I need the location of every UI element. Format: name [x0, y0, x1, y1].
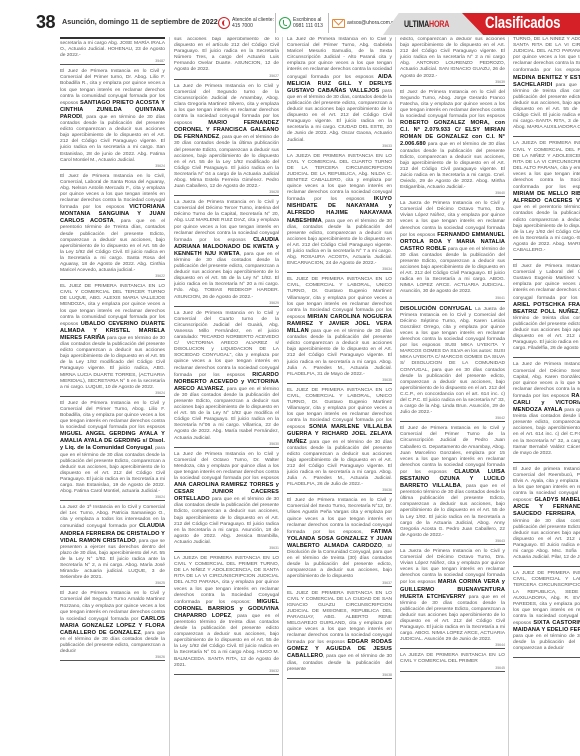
notice-code: 35627 [174, 74, 279, 80]
legal-notice: edicto, comparezcan a deducir sus accion… [400, 37, 505, 90]
notice-body: secretaría a mi cargo Abg. JOSE MARÍA IR… [60, 41, 165, 58]
notice-parties: MIGUEL ANGEL GERDING AYALA Y AMALIA AYAL… [60, 431, 165, 451]
legal-notice: La Juez de Primera Instancia en lo Civil… [287, 37, 392, 154]
contact-whatsapp-value: 0981 111 013 [293, 23, 323, 29]
notice-code: 35641 [400, 296, 505, 302]
notice-body-end: para que en el perentorio término de tre… [513, 83, 580, 131]
notice-body-end: para que en el término de 30 días contad… [287, 440, 392, 488]
column-2: sus acciones bajo apercibimiento de lo d… [174, 37, 279, 756]
notice-body-end: , para que en el perentorio término de t… [174, 614, 279, 668]
notice-code: 35633 [287, 144, 392, 150]
legal-notice: La Juez de Primera Instancia en lo Civil… [174, 84, 279, 201]
notice-body-end: , S/ Disolución de la Comunidad Conyugal… [287, 544, 392, 579]
notice-code: 35628 [174, 190, 279, 196]
notice-body-end: , para que en el término de 30 días cont… [174, 135, 279, 189]
legal-notice: La Juez de Primera Instancia en lo Civil… [513, 362, 580, 466]
notice-code: 35646 [513, 131, 580, 137]
phone-icon [218, 17, 230, 29]
notice-code: 35644 [400, 643, 505, 649]
legal-notice: LA JUEZA DE PRIMERA INSTANCIA EN LO CIVI… [400, 653, 505, 675]
notice-body-end: , para que en el perentorio término de 3… [400, 484, 505, 538]
section-title: Clasificados [485, 13, 560, 33]
notice-body-end: , para que en el término de 30 días cont… [60, 446, 165, 494]
notice-body: LA JUEZ DE PRIMERA INSTANCIA EN LO CIVIL… [513, 571, 580, 626]
legal-notice: EL JUEZ DE PRIMERA INSTANCIA EN LO CIVIL… [60, 284, 165, 401]
notice-body-end: , para que en el término de 30 días cont… [513, 512, 580, 560]
contact-phone[interactable]: Atención al cliente: 415 7000 [218, 13, 274, 33]
notice-code: 35634 [287, 267, 392, 273]
legal-notice: El Juez de Primera Instancia en lo Civil… [400, 90, 505, 202]
legal-notice: LA JUEZA DE PRIMERA INSTANCIA EN LO CIVI… [174, 556, 279, 679]
notice-code: 35651 [513, 652, 580, 658]
legal-notice: EL JUEZ DE PRIMERA INSTANCIA EN LO CIVIL… [287, 277, 392, 388]
legal-notice: El Juez de Primera Instancia en lo Civil… [60, 401, 165, 505]
notice-code: 35649 [513, 457, 580, 463]
notice-code: 35624 [60, 495, 165, 501]
page-header: 38 Asunción, domingo 11 de septiembre de… [0, 0, 580, 34]
notice-body: La Juez de Primera Instancia en lo Civil… [174, 311, 279, 378]
legal-notice: El Juez de Primera Instancia en lo Civil… [400, 426, 505, 549]
notice-code: 35632 [174, 669, 279, 675]
contact-whatsapp[interactable]: Escribinos al 0981 111 013 [275, 13, 323, 33]
notice-body-end: , para que en término de 30 días contado… [60, 115, 165, 163]
notice-body-end: , para que en el perentorio término de T… [60, 219, 165, 273]
classifieds-columns: secretaría a mi cargo Abg. JOSE MARÍA IR… [60, 37, 580, 756]
legal-notice: El Juez de Primera Instancia en lo Civil… [287, 498, 392, 590]
notice-body: El Juez de Primera Instancia en lo Civil… [60, 401, 165, 430]
notice-code: 35638 [287, 673, 392, 679]
whatsapp-icon [279, 17, 291, 29]
column-3: La Juez de Primera Instancia en lo Civil… [287, 37, 392, 756]
notice-body-end: , para que en el término de 30 días, con… [287, 219, 392, 267]
notice-code: 35624 [60, 164, 165, 170]
legal-notice: TURNO, DE LA NIÑEZ Y ADOLESCENCIA DE SAN… [513, 37, 580, 141]
legal-notice: secretaría a mi cargo Abg. JOSE MARÍA IR… [60, 41, 165, 69]
notice-body: sus acciones bajo apercibimiento de lo d… [174, 37, 279, 72]
notice-body-end: para que en el término de 30 días contad… [400, 142, 505, 190]
notice-body-end: para que en el término de 30 días contad… [174, 497, 279, 545]
notice-body-end: , para que se presenten a ejercer sus de… [60, 539, 165, 581]
notice-body-end: para que en el término de 30 días, conta… [287, 89, 392, 143]
legal-notice: EL JUEZ DE PRIMERA INSTANCIA EN LO CIVIL… [287, 591, 392, 683]
notice-body-end: para que en el plazo de treinta días con… [513, 408, 580, 456]
legal-notice: La Juez de 1ª Instancia en lo Civil y Co… [60, 505, 165, 591]
legal-notice: La Juez de Primera Instancia en lo Civil… [174, 452, 279, 556]
notice-body-end: , para que en el término de treinta días… [513, 310, 580, 352]
notice-code: 35642 [400, 416, 505, 422]
legal-notice: El Juez de primera Instancia en lo Civil… [513, 467, 580, 571]
column-4: edicto, comparezcan a deducir sus accion… [400, 37, 505, 756]
notice-body: El Juez de Primera Instancia en lo Civil… [400, 426, 505, 475]
notice-code: 35629 [174, 301, 279, 307]
column-divider [169, 37, 170, 756]
legal-notice: El Juez de Primera Instancia en lo Civil… [60, 69, 165, 173]
notice-body-end: para que en el término de 30 días contad… [400, 595, 505, 643]
notice-code: 35630 [174, 442, 279, 448]
notice-body: LA JUEZA DE PRIMERA INSTANCIA EN LO CIVI… [287, 154, 392, 203]
contact-email-value: avisos@uhora.com.py [347, 20, 397, 26]
notice-body: La Juez de Primera Instancia en lo Civil… [287, 37, 392, 80]
legal-notice: DISOLUCIÓN CONYUGAL La Jueza de Primera … [400, 306, 505, 427]
notice-body: edicto, comparezcan a deducir sus accion… [400, 37, 505, 79]
notice-body: EL JUEZ DE PRIMERA INSTANCIA EN LO CIVIL… [287, 591, 392, 646]
notice-body: LA JUEZA DE PRIMERA INSTANCIA EN LO CIVI… [400, 653, 505, 664]
notice-code: 35635 [287, 378, 392, 384]
legal-notice: La Jueza de Primera Instancia en lo Civi… [400, 201, 505, 305]
notice-code: 35487 [60, 59, 165, 65]
email-icon [332, 19, 345, 28]
notice-body-end: para que en el perentorio término de tre… [513, 199, 580, 253]
notice-code: 35636 [287, 488, 392, 494]
legal-notice: El Juez de Primera Instancia en lo Civil… [513, 264, 580, 362]
notice-code: 35631 [174, 546, 279, 552]
page-number: 38 [36, 12, 55, 33]
notice-body: LA JUEZA DE PRIMERA INSTANCIA EN LO CIVI… [513, 141, 580, 190]
notice-code: 35648 [513, 352, 580, 358]
legal-notice: La Jueza de Primera Instancia en lo Civi… [400, 549, 505, 653]
notice-body-end: para que en término de 30 días contados … [60, 336, 165, 390]
column-divider [395, 37, 396, 756]
notice-body-end: , para que en el término de 30 días cont… [174, 252, 279, 300]
notice-body-end: para que en el término de 30 días contad… [400, 247, 505, 295]
notice-body: LA JUEZA DE PRIMERA INSTANCIA EN LO CIVI… [174, 556, 279, 605]
notice-code: 35640 [400, 191, 505, 197]
notice-body: TURNO, DE LA NIÑEZ Y ADOLESCENCIA DE SAN… [513, 37, 580, 73]
legal-notice: LA JUEZA DE PRIMERA INSTANCIA EN LO CIVI… [513, 141, 580, 264]
notice-body-end: para que en el término de 30 días contad… [287, 329, 392, 377]
legal-notice: LA JUEZ DE PRIMERA INSTANCIA EN LO CIVIL… [513, 571, 580, 662]
notice-code: 35626 [60, 655, 165, 661]
notice-parties: DISOLUCIÓN CONYUGAL [400, 306, 472, 312]
notice-code: 35639 [400, 80, 505, 86]
contact-email[interactable]: avisos@uhora.com.py [328, 13, 397, 33]
notice-body: La Juez de Primera Instancia en lo Civil… [174, 452, 279, 481]
notice-body-end: , para que en el término de 30 días cont… [174, 387, 279, 441]
notice-code: 35622 [60, 274, 165, 280]
contact-phone-value: 415 7000 [232, 23, 253, 29]
notice-code: 35624 [60, 391, 165, 397]
notice-body: El Juez de Primera Instancia en lo Civil… [400, 90, 505, 119]
notice-code: 35645 [400, 666, 505, 672]
legal-notice: LA JUEZA DE PRIMERA INSTANCIA EN LO CIVI… [287, 154, 392, 278]
legal-notice: sus acciones bajo apercibimiento de lo d… [174, 37, 279, 84]
legal-notice: El Juez de Primera Instancia en lo Civil… [60, 591, 165, 665]
legal-notice: EL JUEZ DE PRIMERA INSTANCIA EN LO CIVIL… [287, 388, 392, 499]
notice-code: 35637 [287, 581, 392, 587]
notice-body-end: La Jueza de Primera Instancia en lo Civi… [400, 307, 505, 416]
legal-notice: La Jueza de Primera Instancia en lo Civi… [174, 200, 279, 311]
ultimahora-logo: ULTIMAHORA [404, 19, 449, 30]
column-5: TURNO, DE LA NIÑEZ Y ADOLESCENCIA DE SAN… [513, 37, 580, 756]
notice-code: 35625 [60, 581, 165, 587]
notice-body: La Juez de Primera Instancia en lo Civil… [513, 362, 580, 398]
notice-code: 35643 [400, 539, 505, 545]
legal-notice: La Juez de Primera Instancia en lo Civil… [174, 311, 279, 452]
notice-code: 35650 [513, 561, 580, 567]
notice-code: 35647 [513, 254, 580, 260]
legal-notice: El Juez de Primera Instancia en lo Civil… [60, 174, 165, 285]
column-1: secretaría a mi cargo Abg. JOSE MARÍA IR… [60, 37, 165, 756]
notice-body: El Juez de Primera Instancia en lo Civil… [513, 264, 580, 300]
column-divider [282, 37, 283, 756]
column-divider [508, 37, 509, 756]
publication-date: Asunción, domingo 11 de septiembre de 20… [62, 17, 218, 26]
